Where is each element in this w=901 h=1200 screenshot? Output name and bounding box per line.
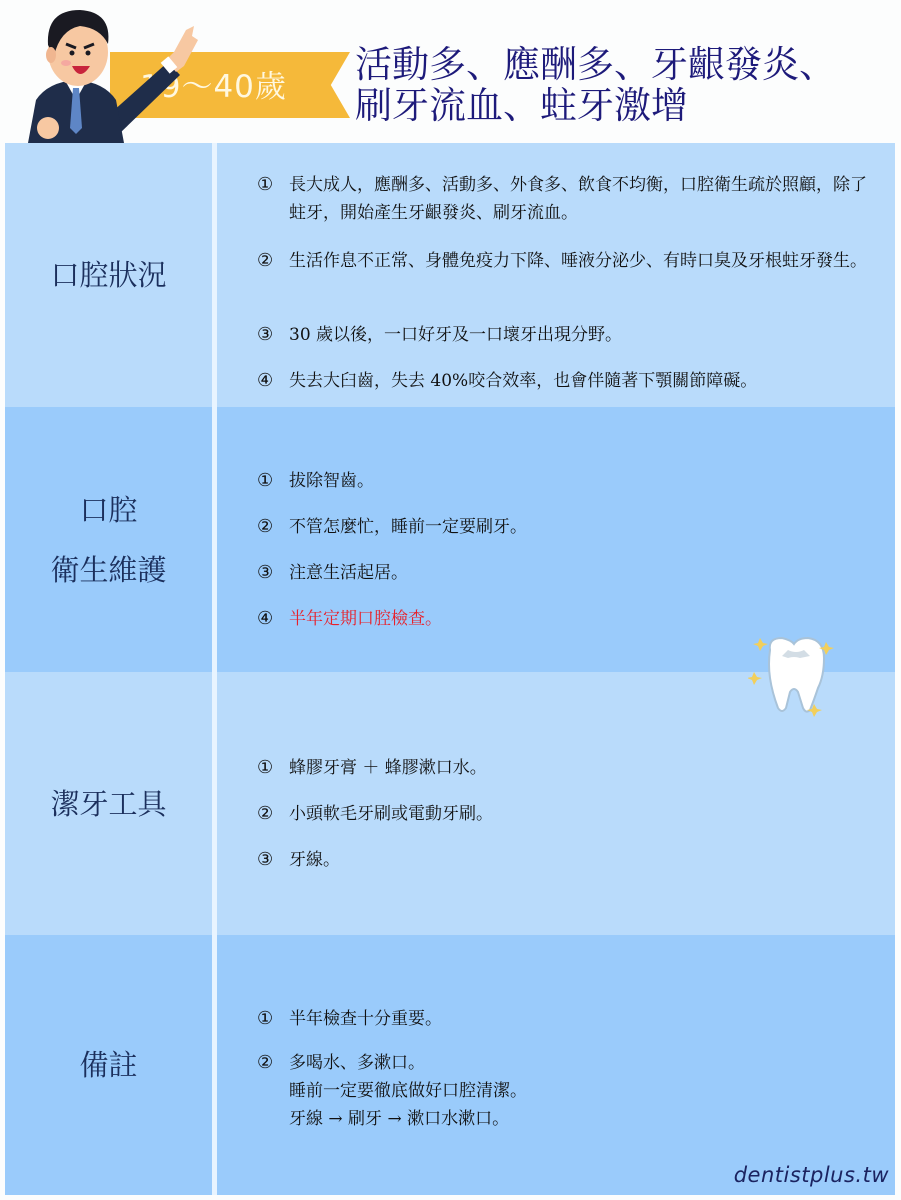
- row-label-cell: 口腔 衛生維護: [5, 407, 212, 672]
- row-label-line-2: 衛生維護: [50, 540, 166, 600]
- item-text: 蜂膠牙膏 ＋ 蜂膠漱口水。: [289, 754, 875, 782]
- item-number: ①: [257, 171, 287, 199]
- item-number: ①: [257, 754, 287, 782]
- list-item: ② 小頭軟毛牙刷或電動牙刷。: [257, 800, 875, 828]
- item-text: 拔除智齒。: [289, 467, 875, 495]
- table-row-notes: 備註 ① 半年檢查十分重要。 ② 多喝水、多漱口。 睡前一定要徹底做好口腔清潔。…: [5, 935, 895, 1195]
- item-number: ②: [257, 800, 287, 828]
- item-number: ③: [257, 846, 287, 874]
- item-text: 牙線。: [289, 846, 875, 874]
- row-label-cell: 備註: [5, 935, 212, 1195]
- list-item: ① 半年檢查十分重要。: [257, 1005, 875, 1033]
- item-number: ③: [257, 321, 287, 349]
- row-label: 口腔狀況: [50, 245, 166, 305]
- row-label-cell: 潔牙工具: [5, 672, 212, 935]
- headline-line-2: 刷牙流血、蛀牙激增: [355, 85, 895, 126]
- row-label-line-1: 口腔: [50, 480, 166, 540]
- row-label: 口腔 衛生維護: [50, 480, 166, 600]
- list-item: ① 蜂膠牙膏 ＋ 蜂膠漱口水。: [257, 754, 875, 782]
- businessman-pointing-icon: [8, 0, 208, 143]
- item-text: 長大成人，應酬多、活動多、外食多、飲食不均衡，口腔衛生疏於照顧，除了蛀牙，開始產…: [289, 171, 875, 227]
- row-content-cell: ① 長大成人，應酬多、活動多、外食多、飲食不均衡，口腔衛生疏於照顧，除了蛀牙，開…: [217, 143, 895, 407]
- sparkling-tooth-icon: [748, 628, 834, 720]
- row-content-cell: ① 半年檢查十分重要。 ② 多喝水、多漱口。 睡前一定要徹底做好口腔清潔。 牙線…: [217, 935, 895, 1195]
- list-item: ③ 牙線。: [257, 846, 875, 874]
- item-text: 失去大臼齒，失去 40%咬合效率，也會伴隨著下顎關節障礙。: [289, 367, 875, 395]
- watermark: dentistplus.tw: [734, 1163, 889, 1187]
- header: 19～40歲 活動多、應酬多、牙齦發炎、 刷牙流血、蛀牙激增: [0, 0, 901, 143]
- item-text: 注意生活起居。: [289, 559, 875, 587]
- item-number: ②: [257, 513, 287, 541]
- row-label-cell: 口腔狀況: [5, 143, 212, 407]
- list-item: ② 不管怎麼忙，睡前一定要刷牙。: [257, 513, 875, 541]
- item-text: 30 歲以後，一口好牙及一口壞牙出現分野。: [289, 321, 875, 349]
- item-number: ④: [257, 605, 287, 633]
- list-item: ④ 失去大臼齒，失去 40%咬合效率，也會伴隨著下顎關節障礙。: [257, 367, 875, 395]
- item-number: ④: [257, 367, 287, 395]
- list-item: ① 拔除智齒。: [257, 467, 875, 495]
- item-text: 小頭軟毛牙刷或電動牙刷。: [289, 800, 875, 828]
- item-text: 不管怎麼忙，睡前一定要刷牙。: [289, 513, 875, 541]
- list-item: ① 長大成人，應酬多、活動多、外食多、飲食不均衡，口腔衛生疏於照顧，除了蛀牙，開…: [257, 171, 875, 227]
- item-text-continued: 牙線 → 刷牙 → 漱口水漱口。: [289, 1105, 875, 1133]
- row-label: 潔牙工具: [50, 774, 166, 834]
- item-number: ②: [257, 1049, 287, 1077]
- row-label: 備註: [79, 1035, 137, 1095]
- item-text: 生活作息不正常、身體免疫力下降、唾液分泌少、有時口臭及牙根蛀牙發生。: [289, 247, 875, 275]
- item-text: 多喝水、多漱口。: [289, 1049, 875, 1077]
- list-item: ③ 30 歲以後，一口好牙及一口壞牙出現分野。: [257, 321, 875, 349]
- headline-line-1: 活動多、應酬多、牙齦發炎、: [355, 44, 895, 85]
- item-number: ①: [257, 467, 287, 495]
- item-number: ①: [257, 1005, 287, 1033]
- list-item: ② 多喝水、多漱口。 睡前一定要徹底做好口腔清潔。 牙線 → 刷牙 → 漱口水漱…: [257, 1049, 875, 1133]
- item-number: ③: [257, 559, 287, 587]
- table-row-oral-condition: 口腔狀況 ① 長大成人，應酬多、活動多、外食多、飲食不均衡，口腔衛生疏於照顧，除…: [5, 143, 895, 407]
- item-text-continued: 睡前一定要徹底做好口腔清潔。: [289, 1077, 875, 1105]
- item-number: ②: [257, 247, 287, 275]
- list-item: ③ 注意生活起居。: [257, 559, 875, 587]
- list-item: ② 生活作息不正常、身體免疫力下降、唾液分泌少、有時口臭及牙根蛀牙發生。: [257, 247, 875, 275]
- headline: 活動多、應酬多、牙齦發炎、 刷牙流血、蛀牙激增: [355, 44, 895, 126]
- item-text: 半年檢查十分重要。: [289, 1005, 875, 1033]
